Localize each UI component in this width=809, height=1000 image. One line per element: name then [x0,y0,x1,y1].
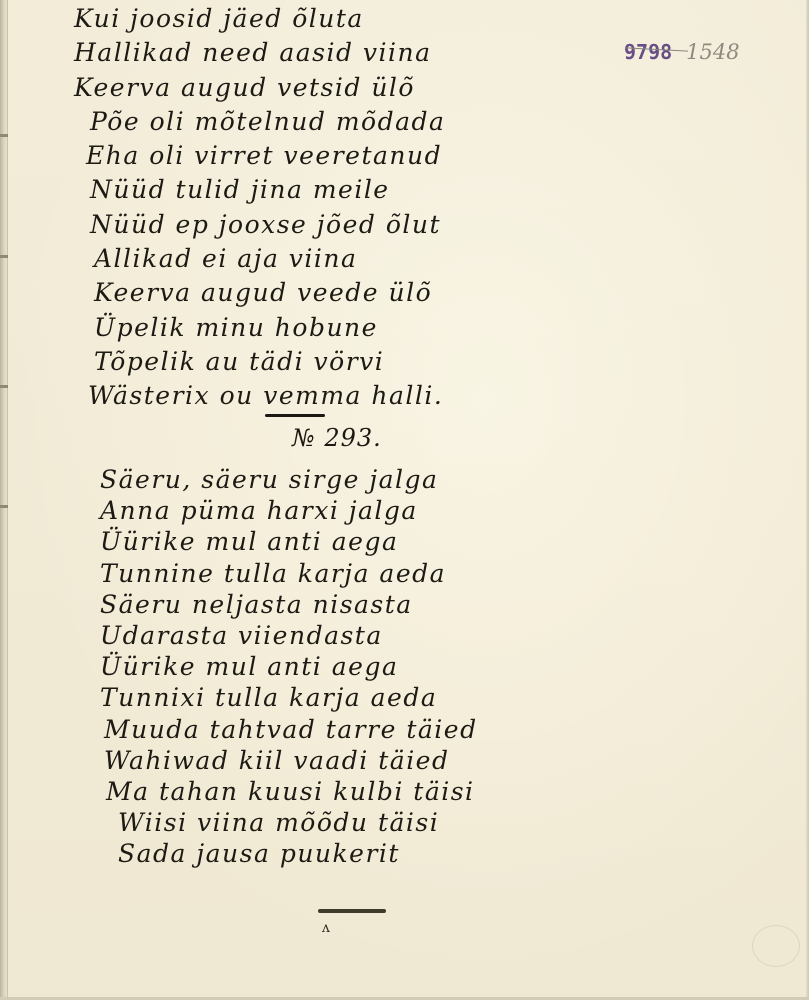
manuscript-page: 9798 1548 Kui joosid jäed õluta Hallikad… [0,0,809,1000]
poem-line: Nüüd tulid jina meile [74,173,445,207]
archive-pencil-number: 1548 [686,40,739,64]
section-divider [265,414,325,417]
archive-stamp-number: 9798 [624,40,672,64]
poem-line: Tunnine tulla karja aeda [100,558,478,589]
poem-line: Eha oli virret veeretanud [74,139,445,173]
poem-line: Üürike mul anti aega [100,526,478,557]
poem-first: Kui joosid jäed õluta Hallikad need aasi… [74,0,445,414]
binding-stitch [0,255,8,258]
poem-line: Anna püma harxi jalga [100,495,478,526]
poem-line: Udarasta viiendasta [100,620,478,651]
poem-line: Tõpelik au tädi vörvi [74,345,445,379]
poem-line: Üürike mul anti aega [100,651,478,682]
poem-line: Allikad ei aja viina [74,242,445,276]
poem-line: Ma tahan kuusi kulbi täisi [100,776,478,807]
poem-line: Muuda tahtvad tarre täied [100,714,478,745]
poem-line: Sada jausa puukerit [100,838,478,869]
poem-line: Keerva augud veede ülõ [74,276,445,310]
poem-line: Wästerix ou vemma halli. [74,379,445,413]
poem-line: Hallikad need aasid viina [74,36,445,70]
poem-line: Tunnixi tulla karja aeda [100,682,478,713]
poem-line: Wahiwad kiil vaadi täied [100,745,478,776]
paper-stain [752,925,800,967]
page-mark: ʌ [322,920,330,936]
binding-stitch [0,505,8,508]
binding-edge [0,0,8,1000]
poem-line: Wiisi viina mõõdu täisi [100,807,478,838]
poem-line: Nüüd ep jooxse jõed õlut [74,208,445,242]
archive-numbers: 9798 1548 [624,40,740,64]
poem-line: Keerva augud vetsid ülõ [74,71,445,105]
poem-second: Säeru, säeru sirge jalga Anna püma harxi… [100,464,478,869]
poem-line: Üpelik minu hobune [74,311,445,345]
section-number: № 293. [292,424,382,452]
binding-stitch [0,134,8,137]
poem-line: Säeru neljasta nisasta [100,589,478,620]
end-divider [318,909,386,913]
poem-line: Kui joosid jäed õluta [74,0,445,36]
binding-stitch [0,385,8,388]
poem-line: Põe oli mõtelnud mõdada [74,105,445,139]
poem-line: Säeru, säeru sirge jalga [100,464,478,495]
